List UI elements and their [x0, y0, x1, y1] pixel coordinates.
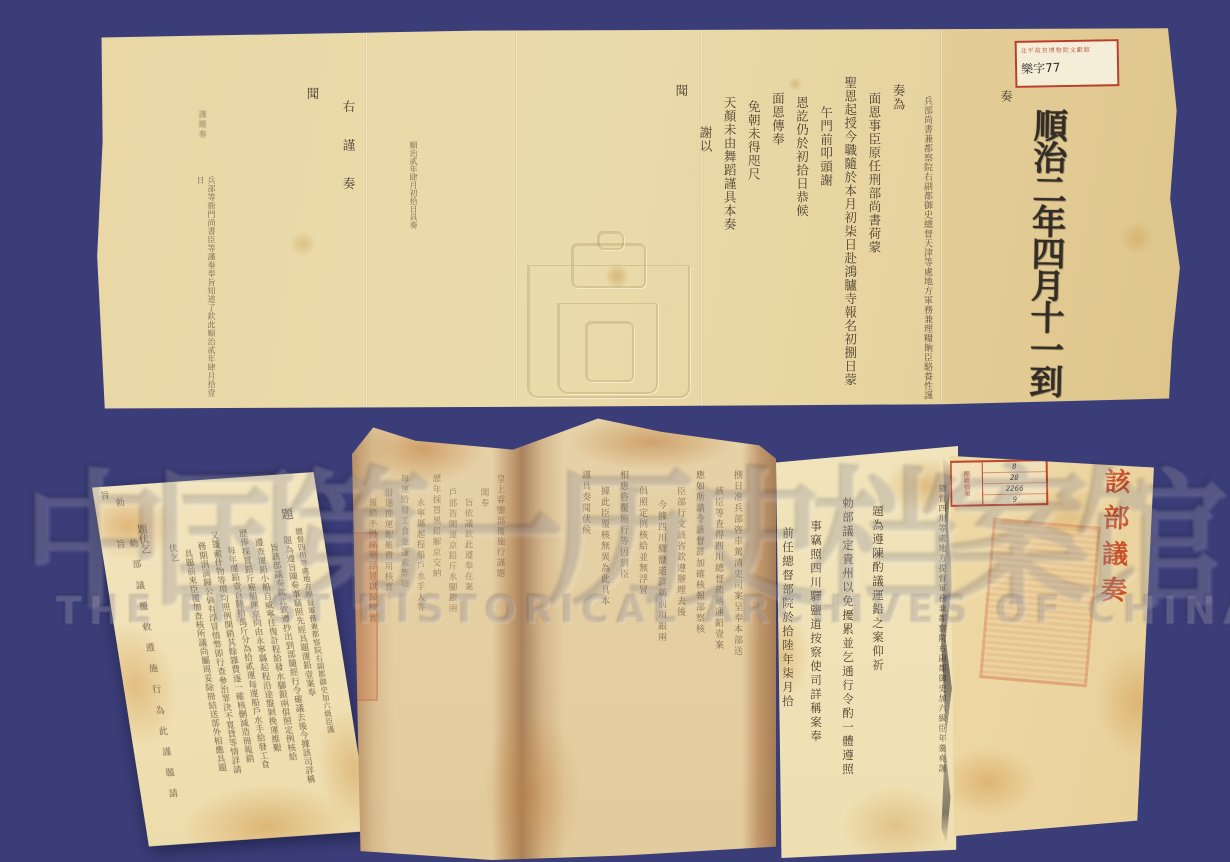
memorial-folded-document: 北平故宮博物院文獻館 樂字77 奏 順治二年四月十一到 兵部尚書兼都察院右副都御…	[95, 26, 1181, 410]
signature-rescript-column: 兵部等衙門尚書臣等謹奏奉旨知道了欽此順治贰年肆月拾壹日	[195, 176, 217, 402]
arrival-date-calligraphy: 順治二年四月十一到	[1025, 108, 1064, 409]
faded-manuscript-column: 戶部咨開運京鉛斤水腳銀兩	[446, 488, 458, 614]
memorial-text-column: 前任總督部院於拾陸年柒月拾	[780, 527, 796, 709]
faded-text-columns-left: 皇上睿鑒部覆施行謹題聞奉旨依議欽此遵奉在案戶部咨開運京鉛斤水腳銀兩歷年採買黑鉛解…	[370, 474, 506, 824]
emblem-door	[586, 322, 634, 382]
memorial-text-column: 事竊照四川驛鹽道按察使司詳稱案奉	[808, 520, 824, 744]
faded-manuscript-column: 聞奉	[478, 488, 490, 509]
cover-mark-zou: 奏	[998, 90, 1015, 102]
fold-crease	[515, 26, 518, 410]
official-title-column: 兵部尚書兼都察院右副都御史總督天津等處地方軍務兼理糧餉臣駱養性謹	[921, 96, 934, 401]
memorial-text-column: 恩訖仍於初拾日恭候	[795, 96, 808, 218]
faded-manuscript-column: 沿途挽運艱難費用核實	[382, 488, 394, 593]
submission-date-column: 順治贰年肆月初拾日具奏	[408, 141, 419, 233]
memorial-text-column: 謝以	[699, 126, 712, 153]
faded-manuscript-column: 報銷不得絲毫浮冒以歸核實	[366, 498, 378, 624]
accordion-middle-leaves: 皇上睿鑒部覆施行謹題聞奉旨依議欽此遵奉在案戶部咨開運京鉛斤水腳銀兩歷年採買黑鉛解…	[352, 414, 776, 860]
memorial-text-column: 午門前叩頭謝	[820, 106, 833, 187]
memorial-text-column: 聞	[675, 84, 688, 98]
memorial-text-column: 面恩傳奉	[771, 92, 784, 146]
page-header-ti: 題	[278, 507, 297, 520]
corner-mark: 旨	[97, 490, 111, 500]
closing-text-column: 右謹奏	[339, 100, 357, 216]
manuscript-column: 伏乞	[166, 544, 178, 562]
closing-text-column: 聞	[303, 87, 321, 100]
stamp-seal-cell: 館藏檔案	[952, 462, 984, 505]
memorial-text-column: 奏為	[892, 84, 905, 111]
memorial-closing-columns: 右謹奏聞	[277, 82, 357, 216]
emblem-finial	[598, 232, 624, 250]
faded-manuscript-column: 永寧縣起程船戶水手人等	[414, 498, 426, 614]
memorial-text-column: 天顏未由舞蹈謹具本奏	[723, 96, 736, 231]
sticker-printed-line: 北平故宮博物院文獻館	[1021, 44, 1113, 55]
memorial-text-column: 面恩事臣原任刑部尚書荷蒙	[868, 92, 881, 254]
sticker-handwritten-number: 樂字77	[1021, 56, 1114, 78]
stamp-number-rows: 82822669	[983, 461, 1047, 504]
stamp-seal-text: 館藏檔案	[962, 470, 971, 496]
fold-crease	[940, 26, 943, 410]
memorial-text-column: 題為遵陳酌議運鉛之案仰祈	[870, 505, 886, 673]
dense-text-columns: 總督四川等處地方提督軍務兼都察院右副都御史加六級臣謹題為遵旨陳奏事竊照先經具題運…	[156, 525, 348, 827]
accordion-cover-panel: 館藏檔案 82822669 該部議奏	[948, 452, 1156, 840]
stamp-number: 9	[983, 494, 1046, 505]
faded-manuscript-column: 歷年採買黑鉛解京交納	[430, 474, 442, 579]
faded-manuscript-column: 該臣等查得四川總督疏稱運鉛壹案	[712, 486, 725, 651]
red-rescript-inscription: 該部議奏	[1090, 467, 1134, 678]
emblem-roof	[572, 244, 646, 288]
faded-text-columns-right: 捌日准兵部咨車駕清吏司案呈奉本部送該臣等查得四川總督疏稱運鉛壹案應如所請令該督詳…	[574, 470, 744, 830]
office-endorsement-note: 謹題奏	[197, 110, 208, 140]
fold-crease	[365, 26, 368, 410]
faded-manuscript-column: 俱照定例核給並無浮冒	[636, 486, 649, 596]
faded-manuscript-column: 謹具奏聞伏候	[579, 470, 592, 536]
faded-manuscript-column: 臣部行文該省欽遵辦理去後	[674, 486, 687, 618]
faded-manuscript-column: 每運給發工食並篷索等項	[398, 474, 410, 590]
accordion-left-page: 題 總督四川等處地方提督軍務兼都察院右副都御史加六級臣謹題為遵旨陳奏事竊照先經具…	[92, 472, 370, 846]
vermillion-office-seal	[979, 518, 1101, 688]
faded-manuscript-column: 今據四川驛鹽道詳稱前項銀兩	[655, 500, 668, 643]
archive-catalog-sticker: 北平故宮博物院文獻館 樂字77	[1015, 39, 1120, 88]
faded-manuscript-column: 應如所請令該督詳加確核報部察核	[693, 470, 706, 635]
embossed-archive-emblem	[520, 226, 698, 404]
archive-registration-stamp: 館藏檔案 82822669	[950, 459, 1049, 507]
faded-manuscript-column: 相應咨覆施行等因到臣	[617, 470, 630, 580]
faded-manuscript-column: 旨依議欽此遵奉在案	[462, 498, 474, 593]
memorial-text-column: 勅部議定貴州以免擾累並乞通行令酌一體遵照	[840, 497, 856, 777]
faded-manuscript-column: 皇上睿鑒部覆施行謹題	[494, 474, 506, 579]
corner-mark: 勅	[112, 497, 126, 507]
memorial-text-column: 聖恩起授今職隨於本月初柒日赴鴻臚寺報名初捌日蒙	[844, 76, 857, 387]
faded-manuscript-column: 據此臣覆核無異為此具本	[598, 486, 611, 607]
memorial-text-column: 免朝未得咫尺	[747, 100, 760, 181]
faded-manuscript-column: 捌日准兵部咨車駕清吏司案呈奉本部送	[731, 470, 744, 657]
accordion-right-page: 總督四川等處地方提督軍務兼都察院右副都御史加六級臣年羹堯謹 題為遵陳酌議運鉛之案…	[776, 446, 958, 858]
